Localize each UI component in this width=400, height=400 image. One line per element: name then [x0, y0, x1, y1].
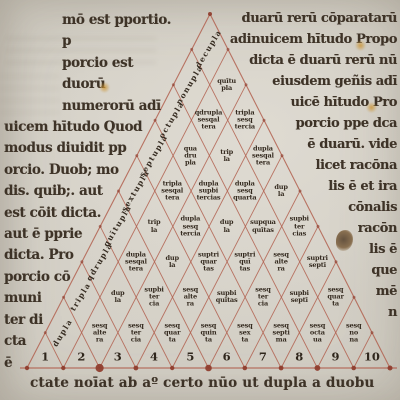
text-line: muni: [4, 288, 180, 309]
red-vertex-dot: [205, 365, 212, 372]
base-number: 5: [186, 351, 194, 363]
manuscript-page: 12345678910duplatriplaqdruplaquītuplasex…: [0, 0, 400, 400]
red-vertex-dot: [208, 12, 212, 16]
text-line: ē: [4, 353, 180, 374]
ratio-cell: sesqnona: [346, 322, 361, 343]
ratio-cell: duplasesqtercia: [180, 216, 200, 237]
text-line: cōnalis: [223, 197, 397, 218]
text-line: adinuicem hītudo Propo: [223, 29, 397, 50]
text-line: modus diuidit pp: [4, 138, 180, 159]
text-line: que: [223, 260, 397, 281]
ochre-initial-highlight: [99, 82, 110, 93]
text-line: uicem hītudo Quod: [4, 117, 180, 138]
ratio-cell: duplasupbitercias: [197, 180, 221, 201]
base-number: 8: [295, 351, 303, 363]
text-line: dis. quib;. aut: [4, 181, 180, 202]
ratio-cell: sesqquinta: [201, 322, 217, 343]
text-line: orcio. Duob; mo: [4, 160, 180, 181]
bottom-text-line: ctate noīat ab aº certo nūo ut dupla a d…: [30, 375, 398, 391]
ratio-cell: sesqseptima: [273, 322, 290, 343]
ratio-cell: sesqoctaua: [310, 322, 325, 343]
text-line: ter di: [4, 310, 180, 331]
ratio-cell: sesqsexta: [237, 322, 252, 343]
red-vertex-dot: [388, 366, 393, 371]
text-line: lis ē et ira: [223, 176, 397, 197]
text-line: lis ē: [223, 239, 397, 260]
text-line: dicta ē duarū rerū nū: [223, 50, 397, 71]
ochre-initial-highlight: [366, 102, 377, 113]
base-number: 7: [259, 351, 267, 363]
text-line: racōn: [223, 218, 397, 239]
text-line: porcio est duorū: [62, 53, 180, 96]
text-line: dicta. Pro: [4, 245, 180, 266]
base-number: 10: [364, 351, 380, 363]
right-text-column: duarū rerū cōparatarūadinuicem hītudo Pr…: [223, 8, 397, 323]
text-line: porcio ppe dca: [223, 113, 397, 134]
text-line: mē: [223, 281, 397, 302]
text-line: cta: [4, 331, 180, 352]
ratio-cell: suptriquartas: [198, 251, 219, 272]
text-line: ē duarū. vide: [223, 134, 397, 155]
ratio-cell: qdruplasesqaltera: [195, 110, 222, 131]
base-number: 6: [223, 351, 231, 363]
left-text-column: mō est pportio. pporcio est duorūnumeror…: [4, 10, 180, 374]
text-line: est cōit dicta.: [4, 203, 180, 224]
ratio-cell: quadrupla: [184, 145, 197, 166]
red-vertex-dot: [190, 48, 193, 51]
text-line: mō est pportio. p: [62, 10, 180, 53]
text-line: licet racōna: [223, 155, 397, 176]
text-line: aut ē pprie: [4, 224, 180, 245]
red-vertex-dot: [279, 366, 284, 371]
text-line: duarū rerū cōparatarū: [223, 8, 397, 29]
text-line: numerorū adī: [62, 96, 180, 117]
text-line: porcio cō: [4, 267, 180, 288]
red-vertex-dot: [315, 365, 321, 371]
text-line: n: [223, 302, 397, 323]
text-line: eiusdem geñis adī: [223, 71, 397, 92]
ochre-initial-highlight: [355, 40, 366, 51]
ratio-cell: sesqaltera: [183, 287, 198, 308]
red-vertex-dot: [351, 366, 356, 371]
red-vertex-dot: [371, 331, 374, 334]
red-vertex-dot: [243, 366, 248, 371]
base-number: 9: [332, 351, 340, 363]
